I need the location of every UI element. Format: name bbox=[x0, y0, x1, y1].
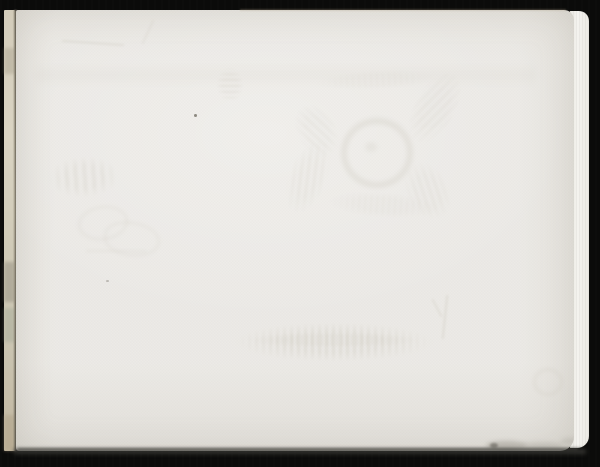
page-top-edge-highlight bbox=[240, 9, 566, 11]
ghost-emblem-center bbox=[365, 142, 377, 152]
ghost-sketch-outline bbox=[86, 250, 146, 252]
album-page bbox=[16, 10, 574, 451]
ghost-stripes-block bbox=[47, 155, 120, 199]
page-bottom-shadow bbox=[14, 449, 586, 454]
dust-speck bbox=[194, 114, 197, 117]
photo-backdrop bbox=[0, 0, 600, 467]
dust-speck bbox=[106, 280, 109, 282]
ghost-flag bbox=[216, 67, 244, 103]
ghost-figure-row-core bbox=[246, 332, 421, 348]
ghost-ring-mark bbox=[533, 368, 563, 396]
